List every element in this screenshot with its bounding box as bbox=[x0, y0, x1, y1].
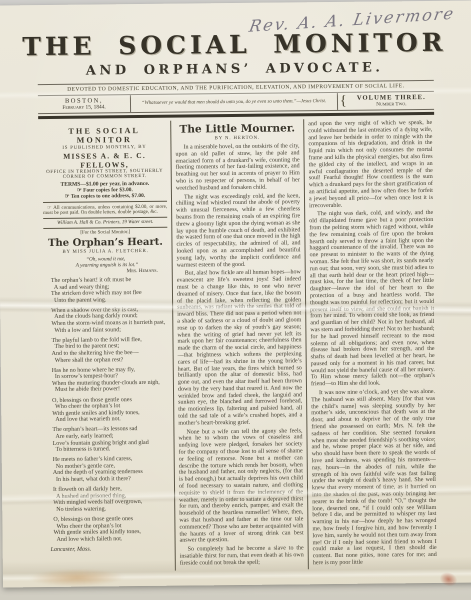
poem-stanza-2: When a shadow over the sky is cast, And … bbox=[44, 307, 168, 335]
poem-stanza-8: It floweth on all darkly here, A hushed … bbox=[46, 486, 170, 514]
dateline-date: February 15, 1844. bbox=[38, 104, 130, 111]
newspaper-page: Rev. A. A. Livermore THE SOCIAL MONITOR … bbox=[0, 1, 471, 588]
printer-line: William A. Hall & Co. Printers, 19 Water… bbox=[43, 220, 167, 226]
rule bbox=[43, 217, 167, 219]
wax-seal-mark bbox=[438, 570, 458, 588]
rule bbox=[43, 201, 167, 203]
article-byline: BY N. HERTON. bbox=[175, 135, 299, 141]
masthead-title: THE SOCIAL MONITOR bbox=[0, 28, 471, 62]
masthead: THE SOCIAL MONITOR AND ORPHANS’ ADVOCATE… bbox=[0, 28, 471, 120]
volume-stack: VOLUME THREE. Number Two. bbox=[349, 94, 434, 108]
poem-stanza-9: O, blessings on those gentle ones Who ch… bbox=[46, 516, 170, 544]
poem-stanza-4: Has he no home where he may fly, In sorr… bbox=[45, 366, 169, 394]
column-area: THE SOCIAL MONITOR IS PUBLISHED MONTHLY,… bbox=[38, 118, 441, 572]
column-left: THE SOCIAL MONITOR IS PUBLISHED MONTHLY,… bbox=[38, 121, 175, 572]
poem-stanza-3: The playful lamb to the fold will flee, … bbox=[44, 336, 168, 364]
scanned-newspaper-photo: { "scan": { "handwriting": "Rev. A. A. L… bbox=[0, 0, 471, 600]
article-paragraph: The night was dark, cold, and windy, and… bbox=[309, 210, 435, 388]
poem-section: [For the Social Monitor.] The Orphan’s H… bbox=[43, 230, 170, 553]
brace-glyph: { bbox=[340, 95, 347, 107]
poem-title: The Orphan’s Heart. bbox=[43, 237, 167, 249]
masthead-subtitle: AND ORPHANS’ ADVOCATE. bbox=[0, 60, 471, 80]
rule bbox=[43, 227, 167, 229]
publisher-paper-name: THE SOCIAL MONITOR bbox=[42, 126, 166, 145]
publisher-names: MISSES A. & E. C. FELLOWS, bbox=[43, 151, 167, 170]
number-label: Number Two. bbox=[349, 101, 434, 108]
article-paragraph: But, alas! how fickle are all human hope… bbox=[177, 270, 303, 428]
article-paragraph: None but a wife can tell the agony she f… bbox=[178, 428, 303, 545]
article-paragraph: The night was exceedingly cold, and the … bbox=[176, 193, 301, 269]
paper-stain bbox=[29, 568, 125, 587]
poem-stanza-1: The orphan’s heart! it oft must be A sad… bbox=[44, 277, 168, 305]
communications-note: ☞ All communications, unless containing … bbox=[43, 204, 167, 216]
article-paragraph: and upon the very night of which we spea… bbox=[308, 120, 433, 210]
volume-block: { VOLUME THREE. Number Two. bbox=[337, 92, 434, 110]
publisher-box: THE SOCIAL MONITOR IS PUBLISHED MONTHLY,… bbox=[42, 126, 167, 229]
poem-epigraph-attribution: Mrs. Hemans. bbox=[44, 268, 168, 275]
poem-byline: BY MISS JULIA A. FLETCHER. bbox=[44, 249, 168, 255]
article-paragraph: In a miserable hovel, on the outskirts o… bbox=[175, 143, 299, 192]
poem-stanza-6: The orphan’s heart—its lessons sad Are e… bbox=[45, 426, 169, 454]
poem-signature: Lancaster, Mass. bbox=[47, 546, 171, 553]
article-body-col3: and upon the very night of which we spea… bbox=[308, 120, 437, 567]
offer-ten-copies: ☞ Ten copies to one address, $7.00. bbox=[43, 193, 167, 200]
article-title: The Little Mourner. bbox=[175, 122, 299, 135]
dateline-place-date: BOSTON, February 15, 1844. bbox=[38, 95, 131, 113]
poem-source-note: [For the Social Monitor.] bbox=[43, 230, 167, 236]
poem-stanza-7: He meets no father’s kind caress, No mot… bbox=[46, 456, 170, 484]
article-paragraph: It was now nine o’clock, and yet she was… bbox=[311, 389, 437, 567]
dateline-quote: “Whatsoever ye would that men should do … bbox=[131, 93, 337, 112]
column-right: and upon the very night of which we spea… bbox=[303, 118, 441, 569]
article-body-col2: In a miserable hovel, on the outskirts o… bbox=[175, 143, 303, 567]
poem-stanza-5: O, blessings on those gentle ones Who ch… bbox=[45, 396, 169, 424]
article-paragraph: So completely had he become a slave to t… bbox=[180, 546, 304, 568]
dateline-row: BOSTON, February 15, 1844. “Whatsoever y… bbox=[38, 92, 434, 114]
column-middle: The Little Mourner. BY N. HERTON. In a m… bbox=[170, 119, 308, 570]
